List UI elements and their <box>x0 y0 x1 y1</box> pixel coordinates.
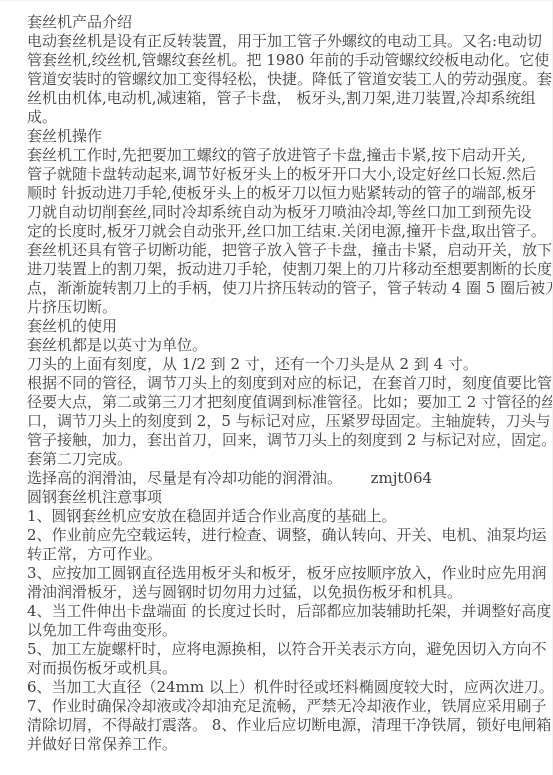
text-line: 清除切屑，不得敲打震落。 8、作业后应切断电源，清理干净铁屑，锁好电闸箱， <box>27 716 546 735</box>
text-line: 套丝机都是以英寸为单位。 <box>27 336 546 355</box>
text-line: 套丝机工作时,先把要加工螺纹的管子放进管子卡盘,撞击卡紧,按下启动开关, <box>27 146 546 165</box>
text-line: 滑油润滑板牙，送与圆钢时切勿用力过猛，以免损伤板牙和机具。 <box>27 583 546 602</box>
section-heading: 圆钢套丝机注意事项 <box>27 488 546 507</box>
text-line: 选择高的润滑油，尽量是有冷却功能的润滑油。 zmjt064 <box>27 469 546 488</box>
text-line: 7、作业时确保冷却液或冷却油充足流畅，严禁无冷却液作业，铁屑应采用刷子 <box>27 697 546 716</box>
text-line: 1、圆钢套丝机应安放在稳固并适合作业高度的基础上。 <box>27 507 546 526</box>
text-line: 刀头的上面有刻度，从 1/2 到 2 寸，还有一个刀头是从 2 到 4 寸。 <box>27 355 546 374</box>
document-body: 套丝机产品介绍电动套丝机是设有正反转装置，用于加工管子外螺纹的电动工具。又名:电… <box>27 13 546 754</box>
text-line: 4、当工件伸出卡盘端面 的长度过长时，后部都应加装辅助托架，并调整好高度， <box>27 602 546 621</box>
text-line: 2、作业前应先空载运转，进行检查、调整，确认转向、开关、电机、油泵均运 <box>27 526 546 545</box>
text-line: 刀就自动切削套丝,同时冷却系统自动为板牙刀喷油冷却,等丝口加工到预先设 <box>27 203 546 222</box>
text-line: 电动套丝机是设有正反转装置，用于加工管子外螺纹的电动工具。又名:电动切 <box>27 32 546 51</box>
text-line: 根据不同的管径，调节刀头上的刻度到对应的标记，在套首刀时，刻度值要比管 <box>27 374 546 393</box>
text-line: 套第二刀完成。 <box>27 450 546 469</box>
document-page: 套丝机产品介绍电动套丝机是设有正反转装置，用于加工管子外螺纹的电动工具。又名:电… <box>0 0 553 775</box>
text-line: 径要大点，第二或第三刀才把刻度值调到标准管径。比如；要加工 2 寸管径的丝 <box>27 393 546 412</box>
text-line: 5、加工左旋螺杆时，应将电源换相，以符合开关表示方向，避免因切入方向不 <box>27 640 546 659</box>
text-line: 片挤压切断。 <box>27 298 546 317</box>
text-line: 点，渐渐旋转割刀上的手柄，使刀片挤压转动的管子，管子转动 4 圈 5 圈后被刀 <box>27 279 546 298</box>
text-line: 管子就随卡盘转动起来,调节好板牙头上的板牙开口大小,设定好丝口长短.然后 <box>27 165 546 184</box>
text-line: 套丝机还具有管子切断功能，把管子放入管子卡盘，撞击卡紧，启动开关，放下 <box>27 241 546 260</box>
text-line: 成。 <box>27 108 546 127</box>
text-line: 6、当加工大直径（24mm 以上）机件时径或坯料椭圆度较大时，应两次进刀。 <box>27 678 546 697</box>
section-heading: 套丝机的使用 <box>27 317 546 336</box>
text-line: 丝机由机体,电动机,减速箱，管子卡盘， 板牙头,割刀架,进刀装置,冷却系统组 <box>27 89 546 108</box>
text-line: 并做好日常保养工作。 <box>27 735 546 754</box>
section-heading: 套丝机操作 <box>27 127 546 146</box>
text-line: 顺时 针扳动进刀手轮,使板牙头上的板牙刀以恒力贴紧转动的管子的端部,板牙 <box>27 184 546 203</box>
section-heading: 套丝机产品介绍 <box>27 13 546 32</box>
text-line: 管子接触，加力，套出首刀，回来，调节刀头上的刻度到 2 与标记对应，固定。 <box>27 431 546 450</box>
text-line: 以免加工件弯曲变形。 <box>27 621 546 640</box>
text-line: 对而损伤板牙或机具。 <box>27 659 546 678</box>
text-line: 管套丝机,绞丝机,管螺纹套丝机。把 1980 年前的手动管螺纹绞板电动化。它使 <box>27 51 546 70</box>
text-line: 定的长度时,板牙刀就会自动张开,丝口加工结束.关闭电源,撞开卡盘,取出管子。 <box>27 222 546 241</box>
text-line: 口，调节刀头上的刻度到 2，5 与标记对应，压紧罗母固定。主轴旋转，刀头与 <box>27 412 546 431</box>
text-line: 管道安装时的管螺纹加工变得轻松，快捷。降低了管道安装工人的劳动强度。套 <box>27 70 546 89</box>
text-line: 转正常，方可作业。 <box>27 545 546 564</box>
text-line: 进刀装置上的割刀架，扳动进刀手轮，使割刀架上的刀片移动至想要割断的长度 <box>27 260 546 279</box>
text-line: 3、应按加工圆钢直径选用板牙头和板牙，板牙应按顺序放入，作业时应先用润 <box>27 564 546 583</box>
